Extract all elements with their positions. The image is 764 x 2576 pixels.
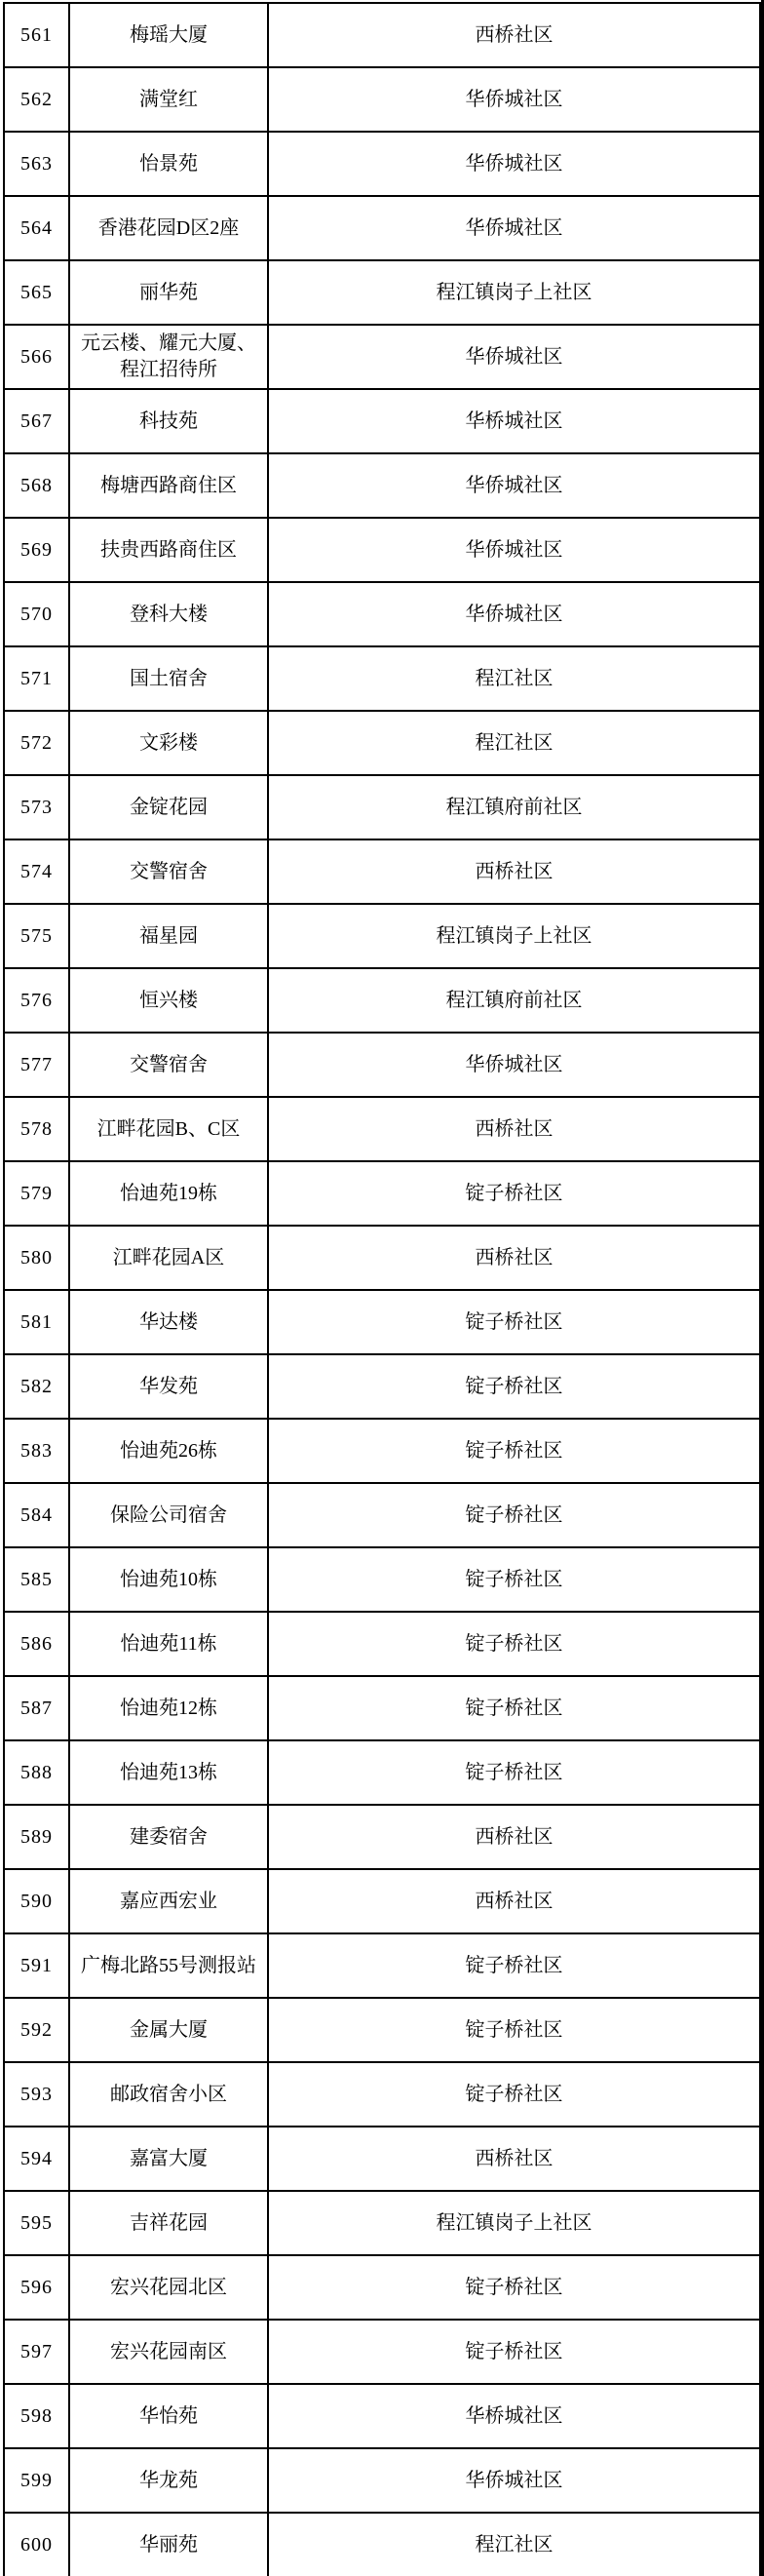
building-name-cell: 交警宿舍 bbox=[70, 840, 269, 903]
row-number-cell: 576 bbox=[5, 969, 70, 1032]
building-name-cell: 恒兴楼 bbox=[70, 969, 269, 1032]
building-name-cell: 嘉应西宏业 bbox=[70, 1870, 269, 1932]
table-row: 567 科技苑 华桥城社区 bbox=[5, 390, 759, 454]
row-number-cell: 569 bbox=[5, 519, 70, 581]
building-name-cell: 文彩楼 bbox=[70, 712, 269, 774]
table-row: 562 满堂红 华侨城社区 bbox=[5, 68, 759, 133]
row-number-cell: 591 bbox=[5, 1934, 70, 1997]
building-name-cell: 怡迪苑12栋 bbox=[70, 1677, 269, 1739]
community-cell: 锭子桥社区 bbox=[269, 1355, 759, 1418]
community-cell: 程江社区 bbox=[269, 712, 759, 774]
building-name-cell: 广梅北路55号测报站 bbox=[70, 1934, 269, 1997]
building-name-cell: 吉祥花园 bbox=[70, 2192, 269, 2254]
table-row: 591 广梅北路55号测报站 锭子桥社区 bbox=[5, 1934, 759, 1999]
row-number-cell: 588 bbox=[5, 1741, 70, 1804]
community-cell: 程江镇府前社区 bbox=[269, 776, 759, 839]
building-name-cell: 丽华苑 bbox=[70, 261, 269, 324]
building-name-cell: 扶贵西路商住区 bbox=[70, 519, 269, 581]
community-cell: 锭子桥社区 bbox=[269, 1548, 759, 1611]
table-row: 569 扶贵西路商住区 华侨城社区 bbox=[5, 519, 759, 583]
building-name-cell: 怡迪苑19栋 bbox=[70, 1162, 269, 1225]
building-name-cell: 华怡苑 bbox=[70, 2385, 269, 2447]
row-number-cell: 596 bbox=[5, 2256, 70, 2319]
table-row: 588 怡迪苑13栋 锭子桥社区 bbox=[5, 1741, 759, 1806]
table-row: 579 怡迪苑19栋 锭子桥社区 bbox=[5, 1162, 759, 1227]
row-number-cell: 565 bbox=[5, 261, 70, 324]
table-row: 575 福星园 程江镇岗子上社区 bbox=[5, 905, 759, 969]
row-number-cell: 566 bbox=[5, 326, 70, 388]
community-cell: 西桥社区 bbox=[269, 840, 759, 903]
row-number-cell: 579 bbox=[5, 1162, 70, 1225]
table-row: 565 丽华苑 程江镇岗子上社区 bbox=[5, 261, 759, 326]
table-row: 572 文彩楼 程江社区 bbox=[5, 712, 759, 776]
building-name-cell: 建委宿舍 bbox=[70, 1806, 269, 1868]
row-number-cell: 586 bbox=[5, 1613, 70, 1675]
table-row: 570 登科大楼 华侨城社区 bbox=[5, 583, 759, 647]
community-cell: 程江镇岗子上社区 bbox=[269, 905, 759, 967]
community-cell: 西桥社区 bbox=[269, 2127, 759, 2190]
table-row: 586 怡迪苑11栋 锭子桥社区 bbox=[5, 1613, 759, 1677]
community-cell: 程江社区 bbox=[269, 647, 759, 710]
table-row: 597 宏兴花园南区 锭子桥社区 bbox=[5, 2321, 759, 2385]
table-row: 599 华龙苑 华侨城社区 bbox=[5, 2449, 759, 2514]
building-name-cell: 保险公司宿舍 bbox=[70, 1484, 269, 1546]
row-number-cell: 593 bbox=[5, 2063, 70, 2126]
table-row: 596 宏兴花园北区 锭子桥社区 bbox=[5, 2256, 759, 2321]
community-cell: 西桥社区 bbox=[269, 1098, 759, 1160]
building-name-cell: 宏兴花园南区 bbox=[70, 2321, 269, 2383]
building-name-cell: 怡景苑 bbox=[70, 133, 269, 195]
table-row: 583 怡迪苑26栋 锭子桥社区 bbox=[5, 1420, 759, 1484]
row-number-cell: 594 bbox=[5, 2127, 70, 2190]
community-cell: 华侨城社区 bbox=[269, 454, 759, 517]
community-cell: 程江镇岗子上社区 bbox=[269, 2192, 759, 2254]
row-number-cell: 581 bbox=[5, 1291, 70, 1353]
community-cell: 华桥城社区 bbox=[269, 2385, 759, 2447]
community-cell: 华侨城社区 bbox=[269, 1034, 759, 1096]
row-number-cell: 599 bbox=[5, 2449, 70, 2512]
table-row: 595 吉祥花园 程江镇岗子上社区 bbox=[5, 2192, 759, 2256]
row-number-cell: 573 bbox=[5, 776, 70, 839]
row-number-cell: 572 bbox=[5, 712, 70, 774]
building-name-cell: 福星园 bbox=[70, 905, 269, 967]
table-row: 581 华达楼 锭子桥社区 bbox=[5, 1291, 759, 1355]
building-name-cell: 科技苑 bbox=[70, 390, 269, 452]
building-name-cell: 江畔花园A区 bbox=[70, 1227, 269, 1289]
row-number-cell: 583 bbox=[5, 1420, 70, 1482]
row-number-cell: 562 bbox=[5, 68, 70, 131]
building-name-cell: 梅塘西路商住区 bbox=[70, 454, 269, 517]
row-number-cell: 575 bbox=[5, 905, 70, 967]
table-row: 598 华怡苑 华桥城社区 bbox=[5, 2385, 759, 2449]
community-cell: 华侨城社区 bbox=[269, 583, 759, 645]
row-number-cell: 571 bbox=[5, 647, 70, 710]
table-row: 592 金属大厦 锭子桥社区 bbox=[5, 1999, 759, 2063]
building-name-cell: 元云楼、耀元大厦、程江招待所 bbox=[70, 326, 269, 388]
table-row: 580 江畔花园A区 西桥社区 bbox=[5, 1227, 759, 1291]
community-cell: 西桥社区 bbox=[269, 1227, 759, 1289]
table-row: 577 交警宿舍 华侨城社区 bbox=[5, 1034, 759, 1098]
table-row: 576 恒兴楼 程江镇府前社区 bbox=[5, 969, 759, 1034]
community-cell: 华侨城社区 bbox=[269, 519, 759, 581]
community-cell: 锭子桥社区 bbox=[269, 1741, 759, 1804]
row-number-cell: 563 bbox=[5, 133, 70, 195]
building-name-cell: 满堂红 bbox=[70, 68, 269, 131]
row-number-cell: 577 bbox=[5, 1034, 70, 1096]
table-row: 590 嘉应西宏业 西桥社区 bbox=[5, 1870, 759, 1934]
building-name-cell: 嘉富大厦 bbox=[70, 2127, 269, 2190]
row-number-cell: 592 bbox=[5, 1999, 70, 2061]
table-row: 584 保险公司宿舍 锭子桥社区 bbox=[5, 1484, 759, 1548]
document-page: 561 梅瑶大厦 西桥社区 562 满堂红 华侨城社区 563 怡景苑 华侨城社… bbox=[0, 0, 764, 2576]
building-name-cell: 怡迪苑26栋 bbox=[70, 1420, 269, 1482]
row-number-cell: 561 bbox=[5, 4, 70, 66]
row-number-cell: 580 bbox=[5, 1227, 70, 1289]
building-name-cell: 华丽苑 bbox=[70, 2514, 269, 2576]
building-name-cell: 邮政宿舍小区 bbox=[70, 2063, 269, 2126]
row-number-cell: 564 bbox=[5, 197, 70, 259]
community-cell: 锭子桥社区 bbox=[269, 1162, 759, 1225]
row-number-cell: 590 bbox=[5, 1870, 70, 1932]
building-name-cell: 华发苑 bbox=[70, 1355, 269, 1418]
building-name-cell: 金锭花园 bbox=[70, 776, 269, 839]
row-number-cell: 578 bbox=[5, 1098, 70, 1160]
row-number-cell: 584 bbox=[5, 1484, 70, 1546]
table-row: 561 梅瑶大厦 西桥社区 bbox=[5, 4, 759, 68]
table-row: 593 邮政宿舍小区 锭子桥社区 bbox=[5, 2063, 759, 2127]
building-name-cell: 宏兴花园北区 bbox=[70, 2256, 269, 2319]
row-number-cell: 574 bbox=[5, 840, 70, 903]
building-name-cell: 怡迪苑13栋 bbox=[70, 1741, 269, 1804]
community-cell: 西桥社区 bbox=[269, 4, 759, 66]
row-number-cell: 587 bbox=[5, 1677, 70, 1739]
table-row: 568 梅塘西路商住区 华侨城社区 bbox=[5, 454, 759, 519]
community-cell: 华侨城社区 bbox=[269, 2449, 759, 2512]
building-name-cell: 华达楼 bbox=[70, 1291, 269, 1353]
buildings-table: 561 梅瑶大厦 西桥社区 562 满堂红 华侨城社区 563 怡景苑 华侨城社… bbox=[3, 2, 761, 2576]
community-cell: 程江镇岗子上社区 bbox=[269, 261, 759, 324]
community-cell: 华桥城社区 bbox=[269, 390, 759, 452]
building-name-cell: 交警宿舍 bbox=[70, 1034, 269, 1096]
table-row: 582 华发苑 锭子桥社区 bbox=[5, 1355, 759, 1420]
building-name-cell: 金属大厦 bbox=[70, 1999, 269, 2061]
community-cell: 华侨城社区 bbox=[269, 326, 759, 388]
row-number-cell: 568 bbox=[5, 454, 70, 517]
row-number-cell: 567 bbox=[5, 390, 70, 452]
row-number-cell: 582 bbox=[5, 1355, 70, 1418]
community-cell: 锭子桥社区 bbox=[269, 1484, 759, 1546]
row-number-cell: 598 bbox=[5, 2385, 70, 2447]
building-name-cell: 梅瑶大厦 bbox=[70, 4, 269, 66]
row-number-cell: 589 bbox=[5, 1806, 70, 1868]
building-name-cell: 国土宿舍 bbox=[70, 647, 269, 710]
table-row: 585 怡迪苑10栋 锭子桥社区 bbox=[5, 1548, 759, 1613]
row-number-cell: 570 bbox=[5, 583, 70, 645]
community-cell: 锭子桥社区 bbox=[269, 2256, 759, 2319]
row-number-cell: 600 bbox=[5, 2514, 70, 2576]
community-cell: 华侨城社区 bbox=[269, 197, 759, 259]
table-row: 564 香港花园D区2座 华侨城社区 bbox=[5, 197, 759, 261]
row-number-cell: 595 bbox=[5, 2192, 70, 2254]
building-name-cell: 华龙苑 bbox=[70, 2449, 269, 2512]
buildings-table-body: 561 梅瑶大厦 西桥社区 562 满堂红 华侨城社区 563 怡景苑 华侨城社… bbox=[5, 4, 759, 2576]
community-cell: 华侨城社区 bbox=[269, 133, 759, 195]
table-row: 589 建委宿舍 西桥社区 bbox=[5, 1806, 759, 1870]
community-cell: 锭子桥社区 bbox=[269, 1677, 759, 1739]
building-name-cell: 怡迪苑10栋 bbox=[70, 1548, 269, 1611]
table-row: 563 怡景苑 华侨城社区 bbox=[5, 133, 759, 197]
community-cell: 程江镇府前社区 bbox=[269, 969, 759, 1032]
community-cell: 锭子桥社区 bbox=[269, 1999, 759, 2061]
table-row: 587 怡迪苑12栋 锭子桥社区 bbox=[5, 1677, 759, 1741]
table-row: 573 金锭花园 程江镇府前社区 bbox=[5, 776, 759, 840]
table-row: 566 元云楼、耀元大厦、程江招待所 华侨城社区 bbox=[5, 326, 759, 390]
table-row: 578 江畔花园B、C区 西桥社区 bbox=[5, 1098, 759, 1162]
table-row: 594 嘉富大厦 西桥社区 bbox=[5, 2127, 759, 2192]
community-cell: 锭子桥社区 bbox=[269, 2321, 759, 2383]
row-number-cell: 585 bbox=[5, 1548, 70, 1611]
community-cell: 锭子桥社区 bbox=[269, 1291, 759, 1353]
table-row: 574 交警宿舍 西桥社区 bbox=[5, 840, 759, 905]
community-cell: 西桥社区 bbox=[269, 1806, 759, 1868]
table-row: 600 华丽苑 程江社区 bbox=[5, 2514, 759, 2576]
community-cell: 华侨城社区 bbox=[269, 68, 759, 131]
community-cell: 锭子桥社区 bbox=[269, 1934, 759, 1997]
building-name-cell: 登科大楼 bbox=[70, 583, 269, 645]
community-cell: 锭子桥社区 bbox=[269, 1420, 759, 1482]
table-row: 571 国土宿舍 程江社区 bbox=[5, 647, 759, 712]
building-name-cell: 怡迪苑11栋 bbox=[70, 1613, 269, 1675]
community-cell: 锭子桥社区 bbox=[269, 1613, 759, 1675]
building-name-cell: 香港花园D区2座 bbox=[70, 197, 269, 259]
community-cell: 西桥社区 bbox=[269, 1870, 759, 1932]
building-name-cell: 江畔花园B、C区 bbox=[70, 1098, 269, 1160]
community-cell: 程江社区 bbox=[269, 2514, 759, 2576]
row-number-cell: 597 bbox=[5, 2321, 70, 2383]
community-cell: 锭子桥社区 bbox=[269, 2063, 759, 2126]
